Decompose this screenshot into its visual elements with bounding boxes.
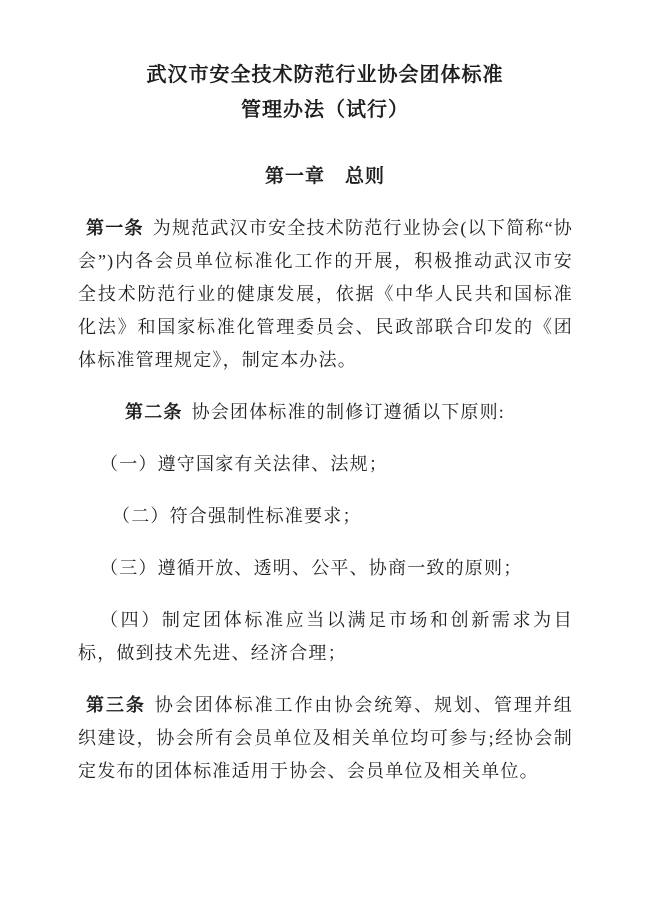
article-1: 第一条为规范武汉市安全技术防范行业协会(以下简称“协会”)内各会员单位标准化工作…: [78, 212, 573, 377]
clause-2: （二）符合强制性标准要求；: [78, 500, 573, 533]
chapter-heading: 第一章 总则: [0, 161, 650, 193]
article-3-text: 协会团体标准工作由协会统筹、规划、管理并组织建设，协会所有会员单位及相关单位均可…: [78, 695, 573, 781]
article-2: 第二条协会团体标准的制修订遵循以下原则:: [78, 396, 573, 429]
document-title: 武汉市安全技术防范行业协会团体标准 管理办法（试行）: [0, 0, 650, 128]
document-page: 武汉市安全技术防范行业协会团体标准 管理办法（试行） 第一章 总则 第一条为规范…: [0, 0, 650, 919]
article-3-label: 第三条: [86, 695, 146, 715]
clause-3: （三）遵循开放、透明、公平、协商一致的原则；: [78, 552, 573, 585]
document-title-line-1: 武汉市安全技术防范行业协会团体标准: [0, 58, 650, 93]
document-body: 第一条为规范武汉市安全技术防范行业协会(以下简称“协会”)内各会员单位标准化工作…: [78, 212, 573, 788]
document-title-line-2: 管理办法（试行）: [0, 93, 650, 128]
article-2-label: 第二条: [125, 402, 183, 422]
clause-4: （四）制定团体标准应当以满足市场和创新需求为目标，做到技术先进、经济合理；: [78, 604, 573, 670]
article-1-label: 第一条: [86, 218, 144, 238]
article-3: 第三条协会团体标准工作由协会统筹、规划、管理并组织建设，协会所有会员单位及相关单…: [78, 689, 573, 788]
clause-1: （一）遵守国家有关法律、法规；: [78, 448, 573, 481]
article-2-text: 协会团体标准的制修订遵循以下原则:: [192, 402, 505, 422]
article-1-text: 为规范武汉市安全技术防范行业协会(以下简称“协会”)内各会员单位标准化工作的开展…: [78, 218, 573, 370]
